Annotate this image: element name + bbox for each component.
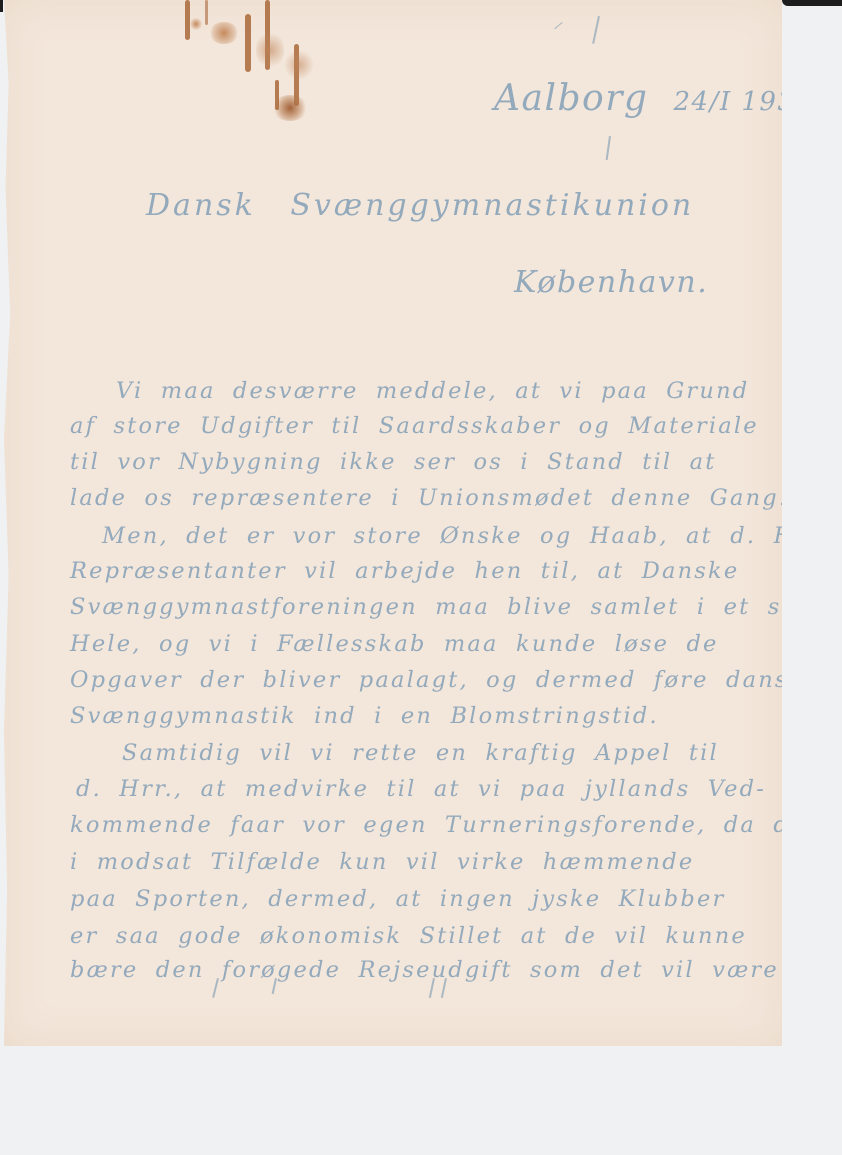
body-line: til vor Nybygning ikke ser os i Stand ti… <box>70 449 716 475</box>
place: Aalborg <box>494 78 648 119</box>
body-line: kommende faar vor egen Turneringsforende… <box>70 812 817 838</box>
body-line: d. Hrr., at medvirke til at vi paa jylla… <box>76 776 766 802</box>
recipient-name: Dansk Svæng­gymnastikunion <box>146 188 694 223</box>
body-line: lade os repræsentere i Unionsmødet denne… <box>70 485 788 511</box>
body-line: bære den forøgede Rejseudgift som det vi… <box>70 957 779 983</box>
body-line: af store Udgifter til Saardsskaber og Ma… <box>70 413 759 439</box>
body-line: Opgaver der bliver paalagt, og dermed fø… <box>70 667 805 693</box>
body-line: Hele, og vi i Fællesskab maa kunde løse … <box>70 631 719 657</box>
body-line: Svænggymnastforeningen maa blive samlet … <box>70 594 833 620</box>
body-line: i modsat Tilfælde kun vil virke hæmmende <box>70 849 694 875</box>
body-line: Vi maa desværre meddele, at vi paa Grund <box>116 378 749 404</box>
page-marker-stroke <box>606 136 611 160</box>
recipient-city: København. <box>514 265 708 300</box>
body-line: Svænggymnastik ind i en Blomstringstid. <box>70 703 659 729</box>
scanner-edge-shadow <box>782 0 842 6</box>
body-line: paa Sporten, dermed, at ingen jyske Klub… <box>70 886 725 912</box>
body-line: Men, det er vor store Ønske og Haab, at … <box>102 523 828 549</box>
body-line: er saa gode økonomisk Stillet at de vil … <box>70 923 747 949</box>
letter-page: Aalborg 24/I 1935 Dansk Svæng­gymnastiku… <box>4 0 782 1046</box>
page-marker-stroke <box>592 16 599 44</box>
scanner-edge-shadow-left <box>0 0 3 12</box>
body-line: Samtidig vil vi rette en kraftig Appel t… <box>122 740 719 766</box>
page-marker-stroke <box>554 22 562 29</box>
place-line: Aalborg 24/I 1935 <box>494 78 814 119</box>
body-line: Repræsentanter vil arbejde hen til, at D… <box>70 558 739 584</box>
